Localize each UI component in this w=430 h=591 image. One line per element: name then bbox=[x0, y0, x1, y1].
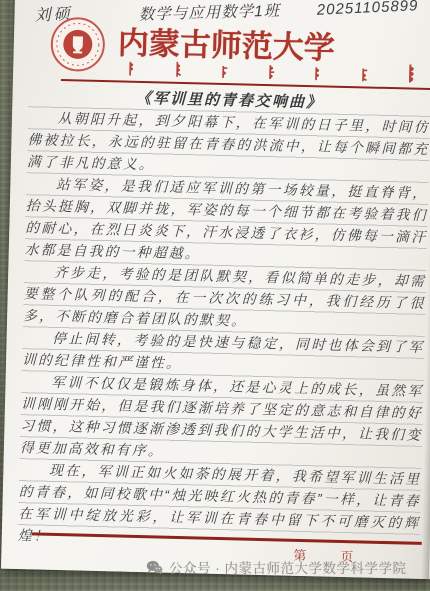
watermark: 公众号 · 内蒙古师范大学数学科学学院 bbox=[146, 557, 407, 577]
watermark-text: 公众号 · 内蒙古师范大学数学科学学院 bbox=[169, 557, 407, 577]
mongolian-glyph-icon bbox=[357, 68, 368, 81]
mongolian-glyph-icon bbox=[404, 64, 417, 82]
mongolian-glyph-icon bbox=[218, 66, 229, 78]
wechat-icon bbox=[146, 560, 163, 575]
essay-body: 《军训里的青春交响曲》 从朝阳升起，到夕阳幕下，在军训的日子里，时间仿佛被拉长，… bbox=[18, 85, 430, 543]
photo-of-document: { "colors": { "background_mat": "#828a70… bbox=[0, 0, 430, 591]
essay-paragraph: 齐步走，考验的是团队默契，看似简单的走步，却需要整个队列的配合，在一次次的练习中… bbox=[23, 261, 426, 337]
mongolian-glyph-icon bbox=[172, 62, 183, 77]
mongolian-glyph-icon bbox=[311, 67, 322, 80]
stationery-paper: 刘硕 数学与应用数学1班 20251105899 内蒙古师范大学 《军训里的青春… bbox=[1, 0, 430, 579]
mongolian-glyph-icon bbox=[125, 62, 136, 76]
mongolian-glyph-icon bbox=[265, 65, 276, 79]
essay-paragraph: 站军姿，是我们适应军训的第一场较量，挺直脊背，抬头挺胸，双脚并拢，军姿的每一个细… bbox=[24, 173, 428, 271]
essay-paragraph: 从朝阳升起，到夕阳幕下，在军训的日子里，时间仿佛被拉长，永远的驻留在青春的洪流中… bbox=[27, 107, 430, 183]
university-seal-icon bbox=[49, 16, 106, 73]
student-id: 20251105899 bbox=[316, 0, 418, 19]
essay-paragraph: 军训不仅仅是锻炼身体，还是心灵上的成长，虽然军训刚刚开始，但是我们逐渐培养了坚定… bbox=[20, 371, 424, 469]
